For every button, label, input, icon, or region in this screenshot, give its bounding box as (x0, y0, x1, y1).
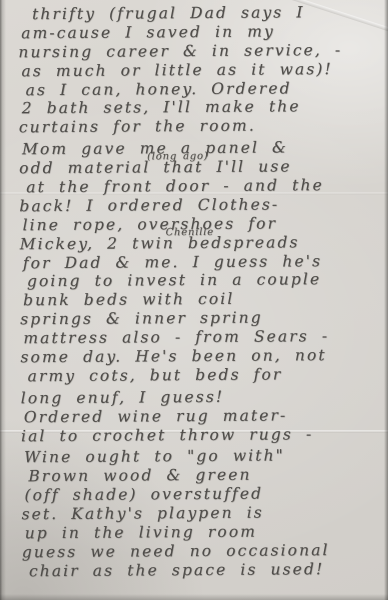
handwritten-line: 2 bath sets, I'll make the (22, 97, 383, 118)
handwritten-line: set. Kathy's playpen is (21, 503, 385, 524)
interline-insertion-long-ago: (long ago) (147, 151, 209, 162)
handwritten-line: ial to crochet throw rugs - (21, 424, 385, 445)
handwritten-line: Wine ought to "go with" (24, 446, 385, 467)
handwritten-line: (long ago)odd material that I'll use (19, 157, 383, 178)
handwritten-line: ChenilleMickey, 2 twin bedspreads (20, 232, 384, 253)
handwritten-line: up in the living room (25, 522, 386, 543)
line-text: thrifty (frugal Dad says I (32, 3, 305, 23)
handwritten-line: am-cause I saved in my (21, 22, 382, 43)
handwritten-line: bunk beds with coil (23, 289, 384, 310)
handwritten-line: mattress also - from Sears - (23, 327, 384, 348)
handwritten-line: springs & inner spring (20, 308, 384, 329)
line-text: nursing career & in service, - (18, 41, 342, 61)
handwritten-line: for Dad & me. I guess he's (23, 251, 384, 272)
scan-shadow-left (0, 0, 6, 600)
handwritten-line: some day. He's been on, not (20, 346, 384, 367)
line-text: line rope, overshoes for (22, 214, 277, 234)
line-text: Wine ought to "go with" (24, 447, 285, 467)
scan-shadow-right (384, 0, 388, 600)
line-text: (off shade) overstuffed (24, 485, 263, 505)
handwritten-line: long enuf, I guess! (21, 387, 385, 408)
line-text: as much or little as it was)! (21, 60, 332, 80)
handwritten-line: as I can, honey. Ordered (26, 78, 383, 99)
handwritten-line: thrifty (frugal Dad says I (32, 3, 382, 24)
line-text: guess we need no occasional (22, 541, 330, 561)
handwritten-line: chair as the space is used! (29, 560, 386, 581)
line-text: am-cause I saved in my (21, 22, 275, 42)
line-text: ial to crochet throw rugs - (21, 425, 313, 445)
line-text: army cots, but beds for (28, 365, 283, 385)
line-text: curtains for the room. (19, 117, 256, 137)
line-text: set. Kathy's playpen is (21, 504, 263, 524)
interline-insertion-chenille: Chenille (166, 227, 214, 238)
line-text: some day. He's been on, not (20, 346, 326, 366)
line-text: Mickey, 2 twin bedspreads (20, 233, 300, 253)
handwritten-line: at the front door - and the (26, 176, 383, 197)
line-text: Ordered wine rug mater- (24, 406, 288, 426)
line-text: mattress also - from Sears - (23, 327, 329, 347)
line-text: for Dad & me. I guess he's (23, 252, 322, 272)
line-text: up in the living room (25, 523, 257, 543)
line-text: going to invest in a couple (27, 271, 321, 291)
line-text: bunk beds with coil (23, 290, 234, 309)
line-text: Brown wood & green (28, 466, 251, 486)
line-text: chair as the space is used! (29, 560, 324, 580)
scan-shadow-bottom (0, 594, 388, 600)
handwritten-line: Brown wood & green (28, 465, 385, 486)
line-text: springs & inner spring (20, 309, 263, 329)
handwritten-line: going to invest in a couple (27, 270, 384, 291)
line-text: at the front door - and the (26, 176, 324, 196)
line-text: back! I ordered Clothes- (19, 195, 279, 215)
handwritten-line: army cots, but beds for (28, 365, 385, 386)
handwritten-line: back! I ordered Clothes- (19, 195, 383, 216)
handwritten-line: curtains for the room. (19, 116, 383, 137)
handwritten-line: nursing career & in service, - (18, 41, 382, 62)
line-text: 2 bath sets, I'll make the (22, 98, 301, 118)
scanned-letter-page: thrifty (frugal Dad says I am-cause I sa… (0, 0, 388, 600)
handwritten-line: as much or little as it was)! (21, 59, 382, 80)
handwritten-line: Ordered wine rug mater- (24, 405, 385, 426)
handwriting-block: thrifty (frugal Dad says I am-cause I sa… (18, 3, 386, 581)
line-text: long enuf, I guess! (21, 388, 225, 407)
line-text: as I can, honey. Ordered (26, 79, 292, 99)
handwritten-line: (off shade) overstuffed (24, 484, 385, 505)
handwritten-line: guess we need no occasional (22, 541, 386, 562)
